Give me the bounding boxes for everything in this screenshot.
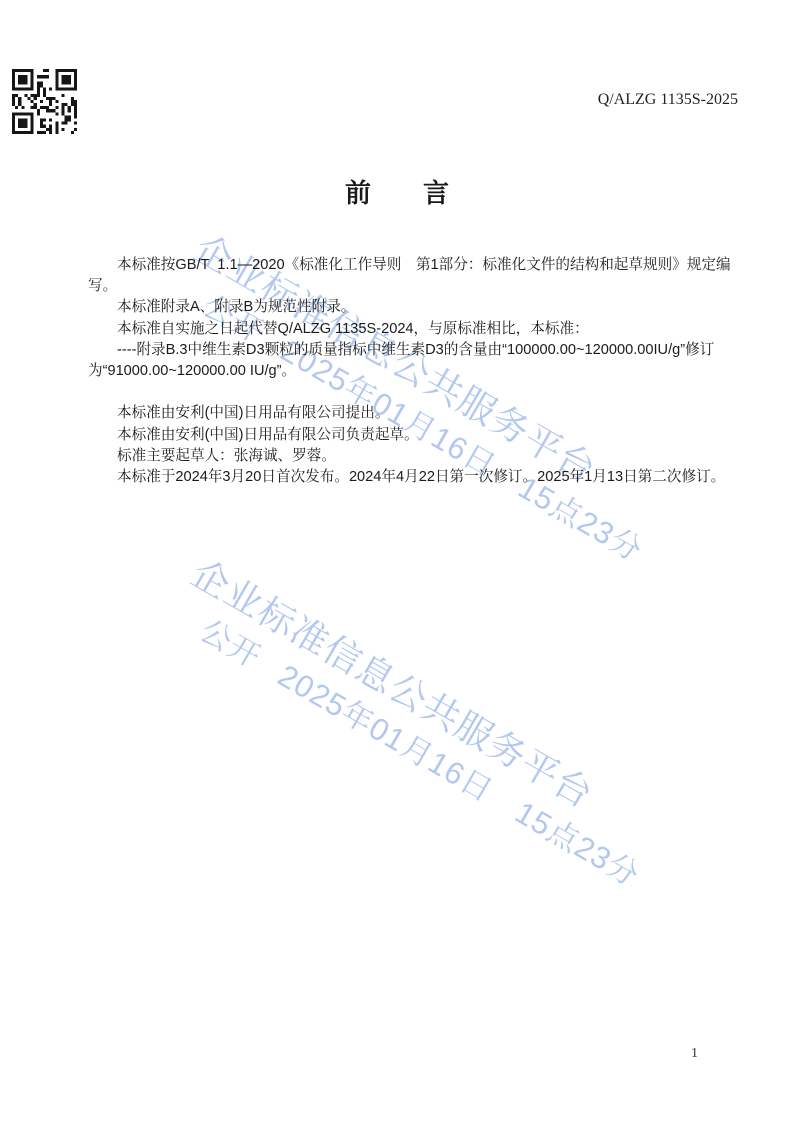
foreword-line: 为“91000.00~120000.00 IU/g”。 — [88, 361, 740, 382]
foreword-line: 本标准附录A、附录B为规范性附录。 — [88, 297, 740, 318]
foreword-line: 本标准按GB/T 1.1—2020《标准化工作导则 第1部分：标准化文件的结构和… — [88, 255, 740, 297]
foreword-line: ----附录B.3中维生素D3颗粒的质量指标中维生素D3的含量由“100000.… — [88, 340, 740, 361]
watermark-main-text: 企业标准信息公共服务平台 — [186, 554, 669, 854]
watermark-spacer — [253, 669, 276, 682]
foreword-line: 本标准于2024年3月20日首次发布。2024年4月22日第一次修订。2025年… — [88, 467, 740, 488]
watermark-status-label: 公开 — [194, 613, 267, 675]
foreword-content: 本标准按GB/T 1.1—2020《标准化工作导则 第1部分：标准化文件的结构和… — [88, 255, 740, 488]
page-number: 1 — [691, 1046, 698, 1062]
watermark-status-datetime: 公开2025年01月16日 15点23分 — [195, 614, 644, 891]
watermark: 企业标准信息公共服务平台公开2025年01月16日 15点23分 — [164, 554, 669, 892]
foreword-line: 标准主要起草人：张海诚、罗蓉。 — [88, 446, 740, 467]
foreword-line: 本标准自实施之日起代替Q/ALZG 1135S-2024，与原标准相比，本标准： — [88, 319, 740, 340]
watermark-datetime: 2025年01月16日 15点23分 — [272, 658, 645, 894]
qr-code — [12, 69, 77, 134]
qr-code-image — [12, 69, 77, 134]
watermark-layer: 企业标准信息公共服务平台公开2025年01月16日 15点23分企业标准信息公共… — [0, 0, 794, 1123]
foreword-line: 本标准由安利(中国)日用品有限公司提出。 — [88, 403, 740, 424]
document-page: 企业标准信息公共服务平台公开2025年01月16日 15点23分企业标准信息公共… — [0, 0, 794, 1123]
doc-number: Q/ALZG 1135S-2025 — [598, 91, 738, 109]
foreword-line: 本标准由安利(中国)日用品有限公司负责起草。 — [88, 425, 740, 446]
page-title: 前 言 — [0, 179, 794, 208]
